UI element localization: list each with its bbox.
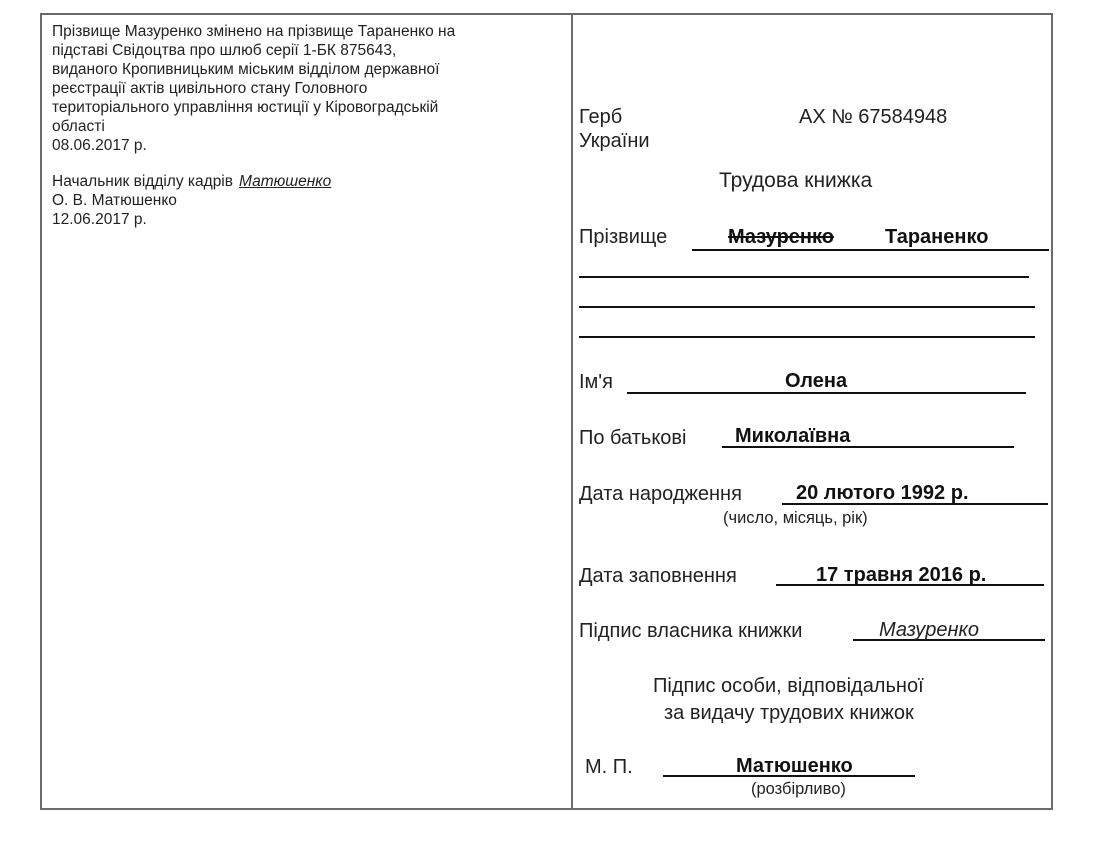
owner-signature-label: Підпис власника книжки (579, 620, 802, 643)
surname-underline (692, 249, 1049, 251)
hr-head-label: Начальник відділу кадрів (52, 173, 233, 190)
birth-date-label: Дата народження (579, 483, 742, 506)
responsible-name: Матюшенко (736, 755, 853, 778)
note-line: Прізвище Мазуренко змінено на прізвище Т… (52, 22, 567, 41)
fill-date-value: 17 травня 2016 р. (816, 564, 986, 587)
left-page: Прізвище Мазуренко змінено на прізвище Т… (52, 22, 567, 229)
fill-date-label: Дата заповнення (579, 565, 737, 588)
page-divider (571, 13, 573, 810)
blank-line-2 (579, 306, 1035, 308)
signature-date: 12.06.2017 р. (52, 210, 567, 229)
legibly-hint: (розбірливо) (751, 780, 846, 799)
note-date: 08.06.2017 р. (52, 136, 567, 155)
name-value: Олена (785, 370, 847, 393)
blank-line-3 (579, 336, 1035, 338)
note-line: виданого Кропивницьким міським відділом … (52, 60, 567, 79)
surname-old-value: Мазуренко (728, 226, 834, 249)
coat-of-arms-line2: України (579, 130, 650, 153)
surname-label: Прізвище (579, 226, 667, 249)
blank-line-1 (579, 276, 1029, 278)
hr-head-signature: Матюшенко (239, 173, 331, 190)
series-number: АХ № 67584948 (799, 106, 947, 129)
birth-date-hint: (число, місяць, рік) (723, 509, 868, 528)
document-title: Трудова книжка (719, 169, 872, 193)
patronymic-label: По батькові (579, 427, 686, 450)
coat-of-arms-line1: Герб (579, 106, 622, 129)
hr-head-name: О. В. Матюшенко (52, 191, 567, 210)
name-label: Ім'я (579, 371, 613, 394)
note-line: реєстрації актів цивільного стану Головн… (52, 79, 567, 98)
stamp-label: М. П. (585, 756, 633, 779)
note-line: підставі Свідоцтва про шлюб серії 1-БК 8… (52, 41, 567, 60)
birth-date-value: 20 лютого 1992 р. (796, 482, 969, 505)
patronymic-value: Миколаївна (735, 425, 850, 448)
note-line: області (52, 117, 567, 136)
hr-head-row: Начальник відділу кадрівМатюшенко (52, 172, 567, 191)
responsible-label-line1: Підпис особи, відповідальної (653, 675, 924, 698)
note-line: територіального управління юстиції у Кір… (52, 98, 567, 117)
responsible-label-line2: за видачу трудових книжок (664, 702, 914, 725)
surname-new-value: Тараненко (885, 226, 988, 249)
owner-signature-value: Мазуренко (879, 619, 979, 642)
